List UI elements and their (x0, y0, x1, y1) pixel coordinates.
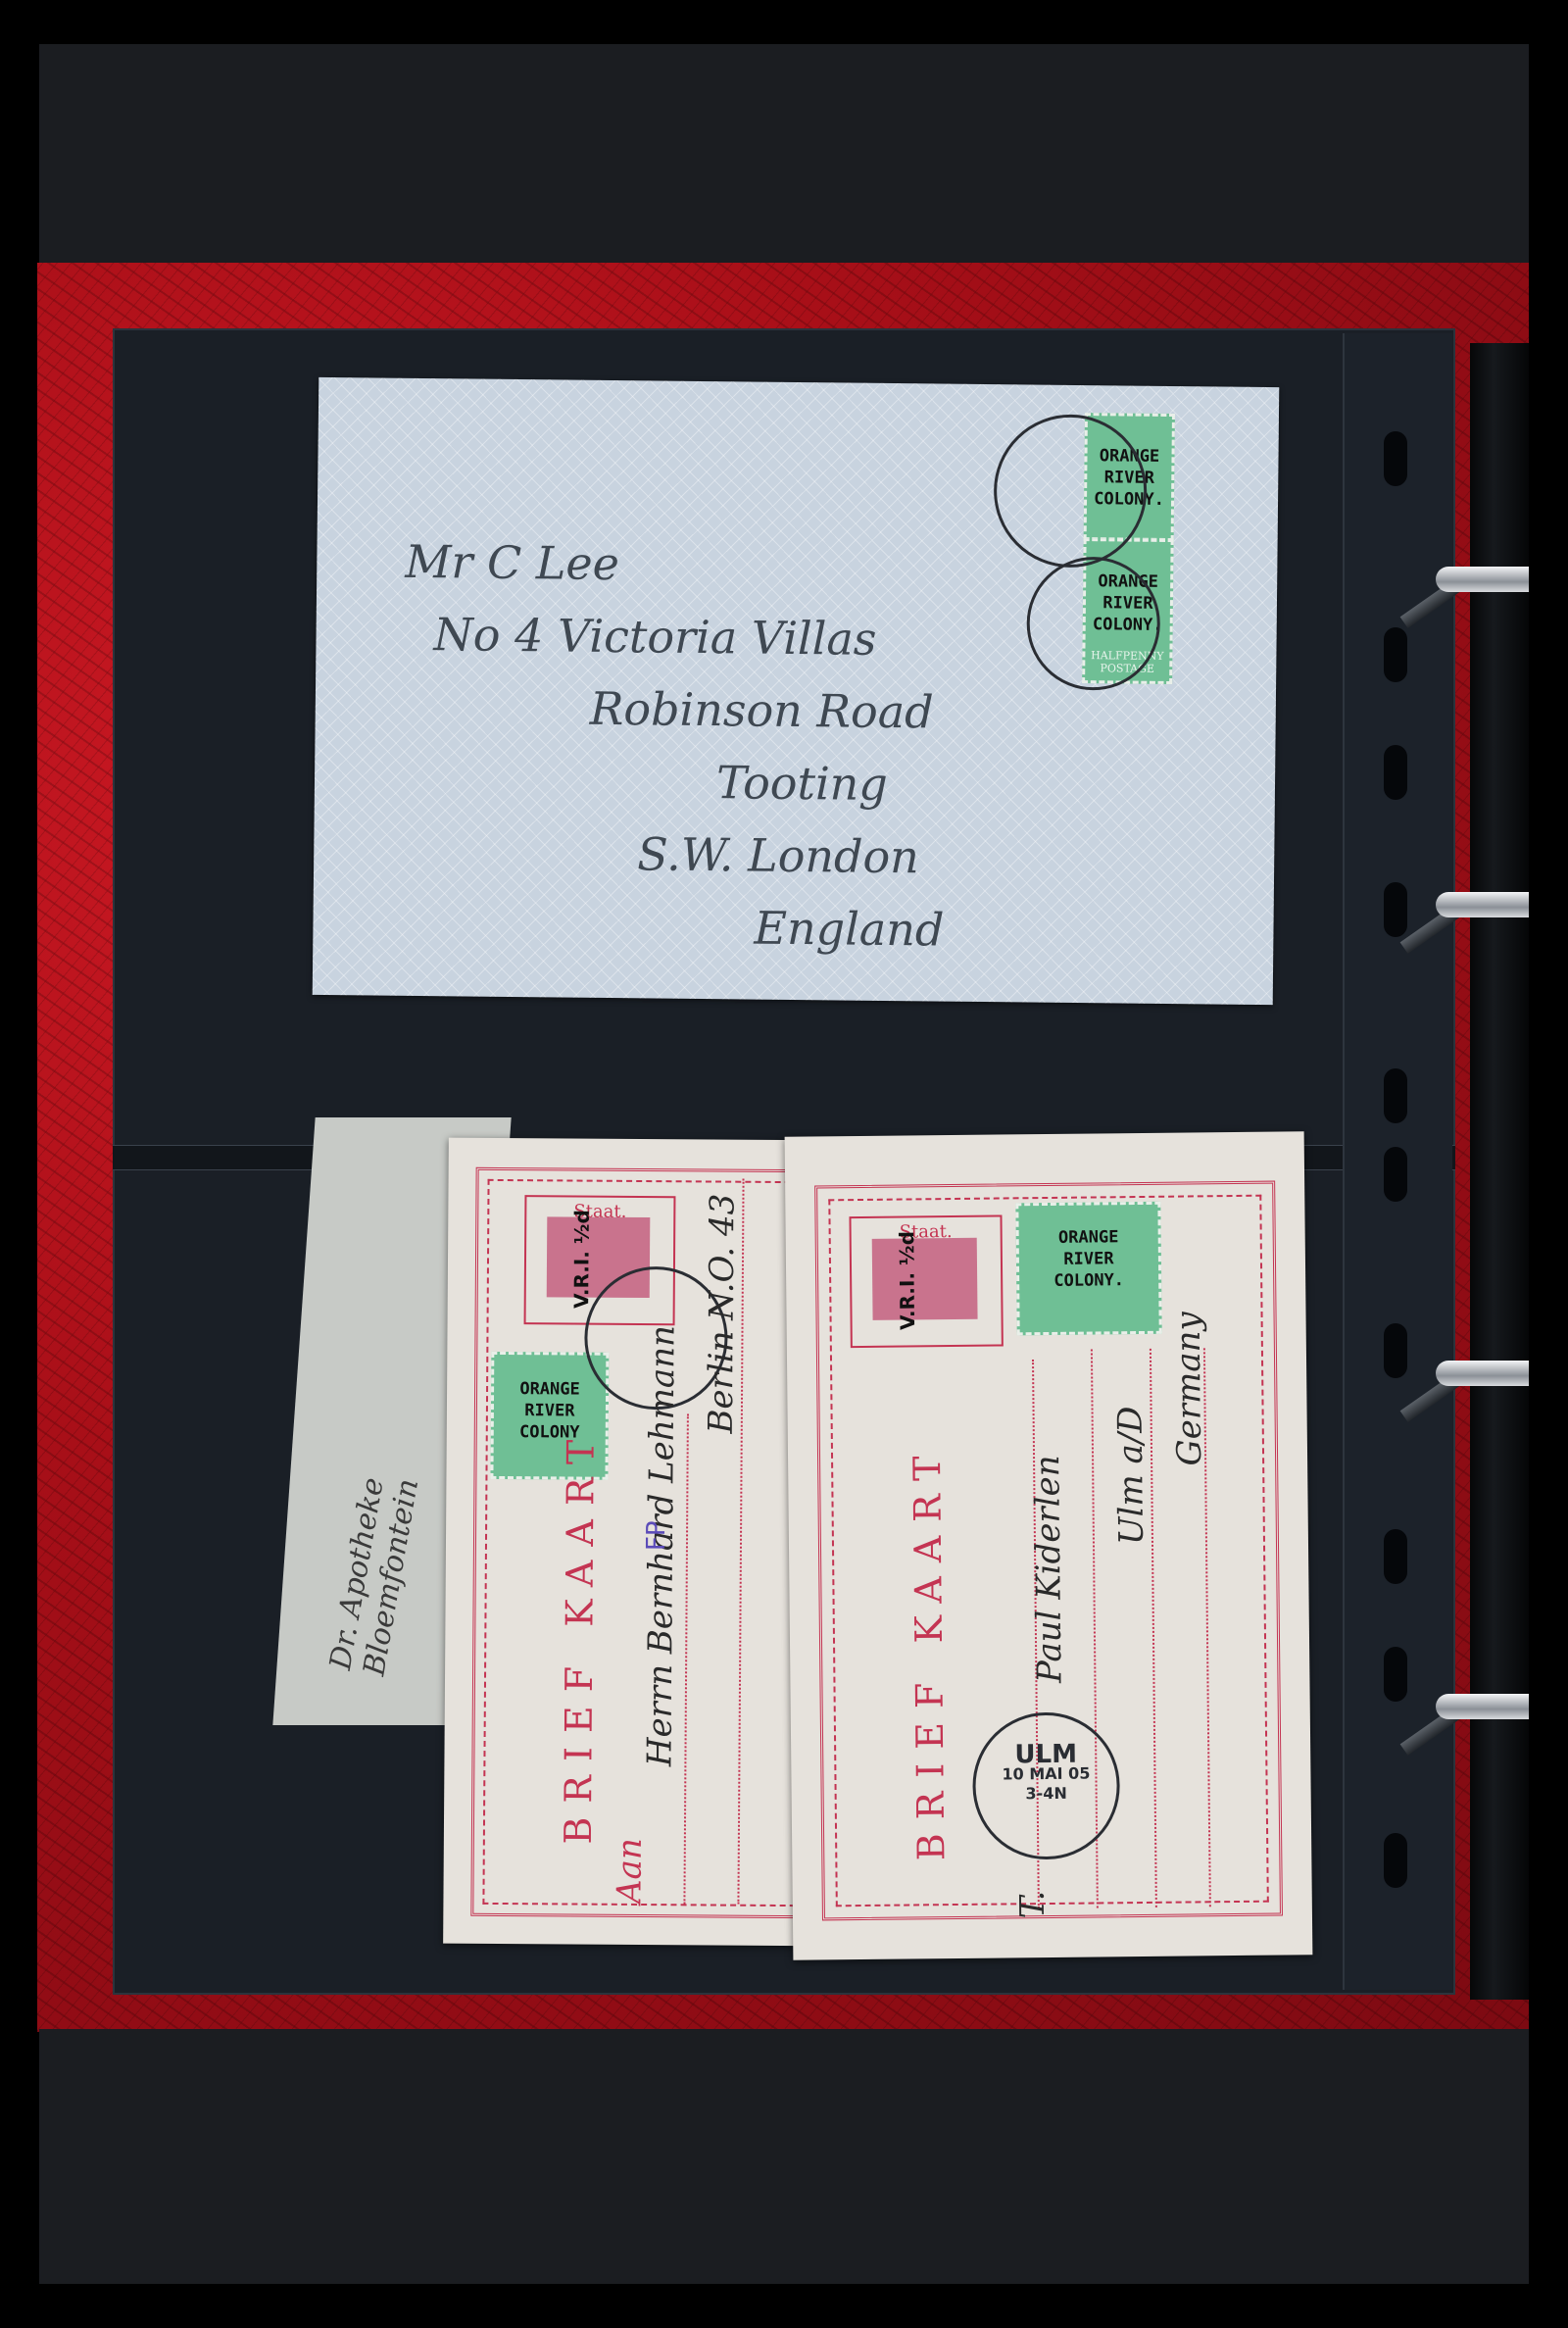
punch-hole (1384, 627, 1407, 682)
punch-hole (1384, 1068, 1407, 1123)
envelope-cover: Mr C Lee No 4 Victoria Villas Robinson R… (313, 377, 1280, 1005)
address-line: Robinson Road (589, 672, 947, 749)
punch-hole (1384, 745, 1407, 800)
punch-hole (1384, 431, 1407, 486)
card-address-line: Paul Kiderlen (1028, 1455, 1069, 1683)
card-address-prefix: T. (1013, 1890, 1053, 1918)
dark-backdrop-top (39, 44, 1529, 265)
binder-ring (1392, 1361, 1529, 1400)
postmark (993, 414, 1148, 569)
binder-ring (1392, 892, 1529, 931)
card-address-line: Germany (1169, 1312, 1210, 1466)
orc-stamp: ORANGE RIVER COLONY. (1015, 1202, 1161, 1336)
card-address-line: Ulm a/D (1111, 1406, 1151, 1545)
card-address-line: Berlin N.O. 43 (702, 1193, 743, 1433)
address-line: England (754, 892, 945, 966)
postmark (1026, 556, 1160, 690)
punch-hole (1384, 1833, 1407, 1888)
address-line: Mr C Lee (405, 525, 949, 604)
ulm-postmark: ULM 10 MAI 05 3-4N (972, 1711, 1121, 1860)
postal-card-left: Staat. V.R.I. ½d ORANGE RIVER COLONY BRI… (443, 1138, 841, 1947)
address-line: S.W. London (637, 817, 946, 893)
card-imprint: Staat. V.R.I. ½d (849, 1214, 1003, 1348)
punch-hole (1384, 1529, 1407, 1584)
address-line: No 4 Victoria Villas (433, 598, 948, 675)
card-title: BRIEF KAART (557, 1426, 603, 1845)
violet-handstamp: FP (642, 1520, 671, 1551)
envelope-address: Mr C Lee No 4 Victoria Villas Robinson R… (401, 525, 948, 966)
punch-hole (1384, 1147, 1407, 1202)
binder-ring (1392, 1694, 1529, 1733)
card-title: BRIEF KAART (906, 1442, 953, 1860)
address-line: Tooting (716, 746, 947, 820)
postal-card-right: Staat. V.R.I. ½d ORANGE RIVER COLONY. BR… (785, 1131, 1313, 1960)
binder-ring (1392, 567, 1529, 606)
dark-backdrop-bottom (39, 2029, 1529, 2284)
